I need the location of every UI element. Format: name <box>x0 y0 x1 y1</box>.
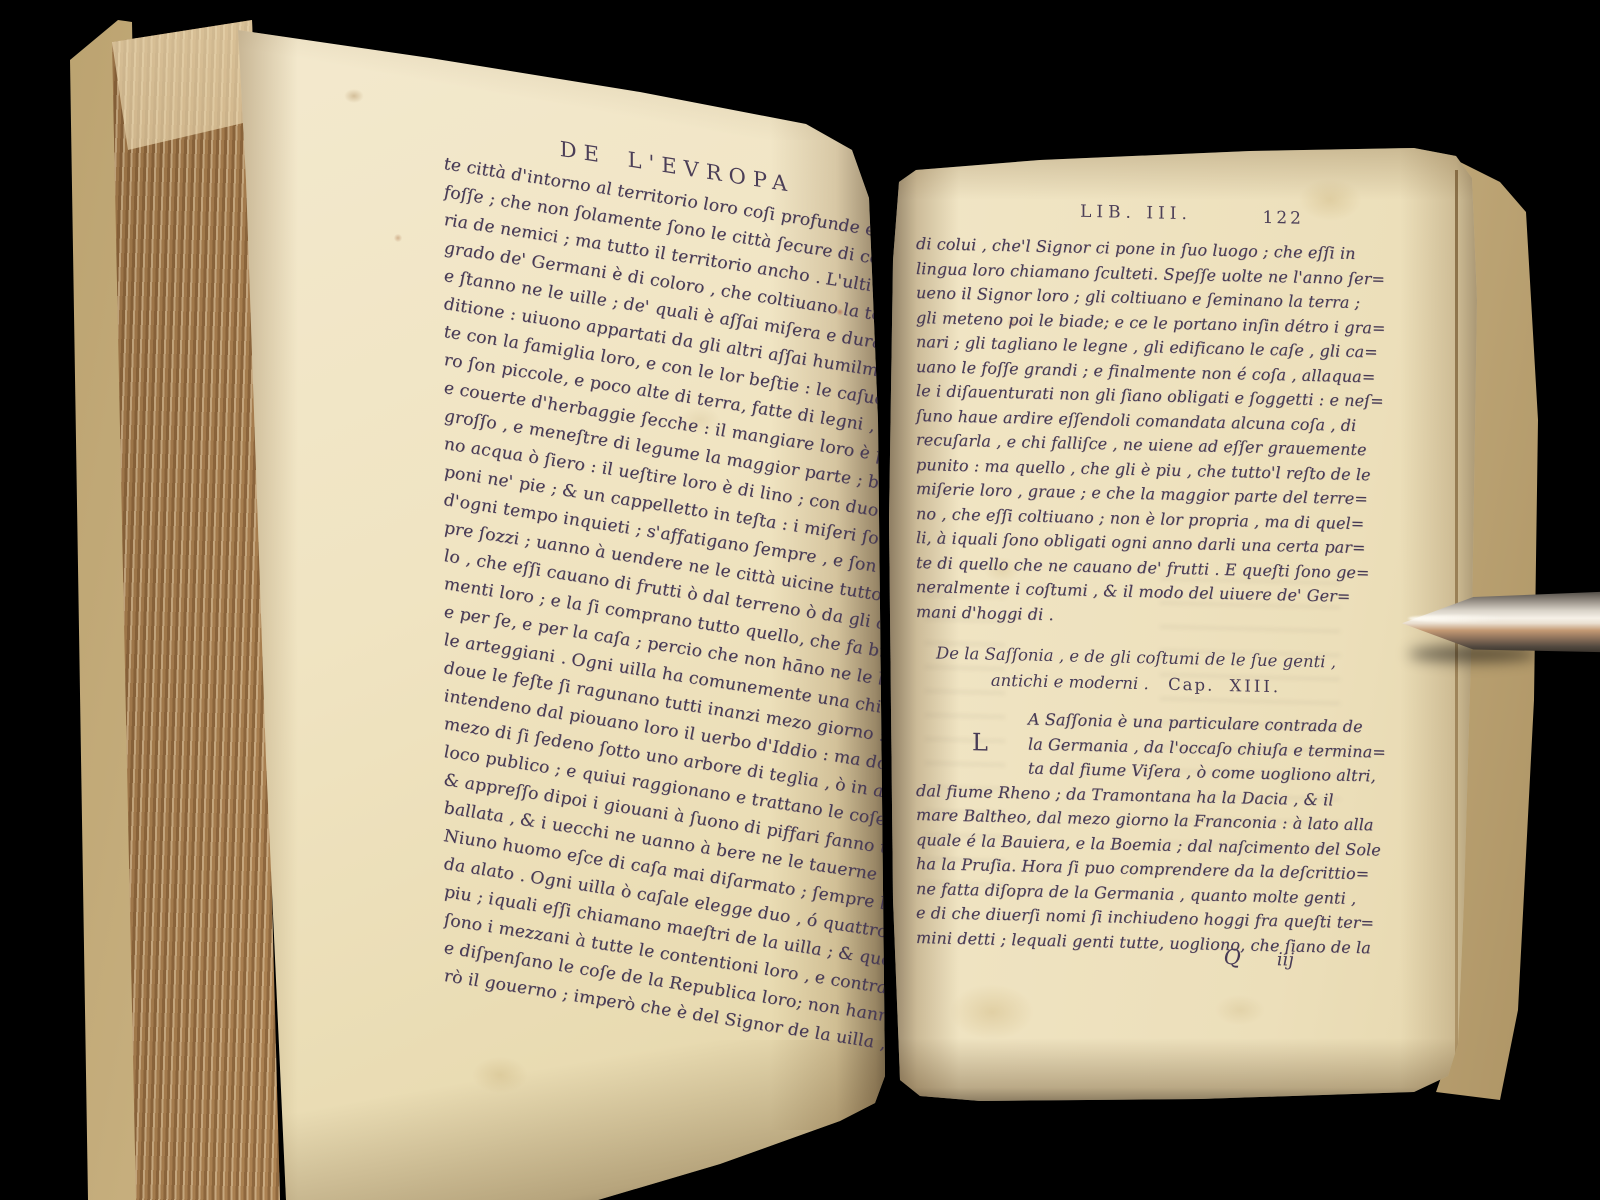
signature-letter: Q <box>1224 945 1241 969</box>
chapter-number: XIII. <box>1230 676 1282 696</box>
left-page-lines: te città d'intorno al territorio loro co… <box>444 150 910 1062</box>
page-number: 122 <box>1263 206 1304 231</box>
chapter-heading: De la Saſſonia , e de gli coſtumi de le … <box>916 640 1356 702</box>
left-page-text-block: DE L'EVROPA te città d'intorno al territ… <box>444 116 910 1062</box>
right-page-text-block: LIB. III. 122 di colui , che'l Signor ci… <box>916 196 1356 960</box>
signature-mark: Qiij <box>1224 945 1294 971</box>
book-number-label: LIB. III. <box>1080 202 1192 225</box>
chapter-body-lines: dal fiume Rheno ; da Tramontana ha la Da… <box>916 779 1356 960</box>
signature-numeral: iij <box>1277 949 1294 970</box>
chapter-opening: L A Saſſonia è una particulare contrada … <box>916 705 1356 960</box>
chapter-heading-subtitle: antichi e moderni . <box>991 671 1149 694</box>
pointer-highlight <box>1408 615 1508 622</box>
drop-cap-initial: L <box>972 730 988 754</box>
book-photo: DE L'EVROPA te città d'intorno al territ… <box>0 0 1600 1200</box>
chapter-cap-label: Cap. <box>1168 675 1214 695</box>
right-page-paragraph: di colui , che'l Signor ci pone in ſuo l… <box>916 232 1356 634</box>
